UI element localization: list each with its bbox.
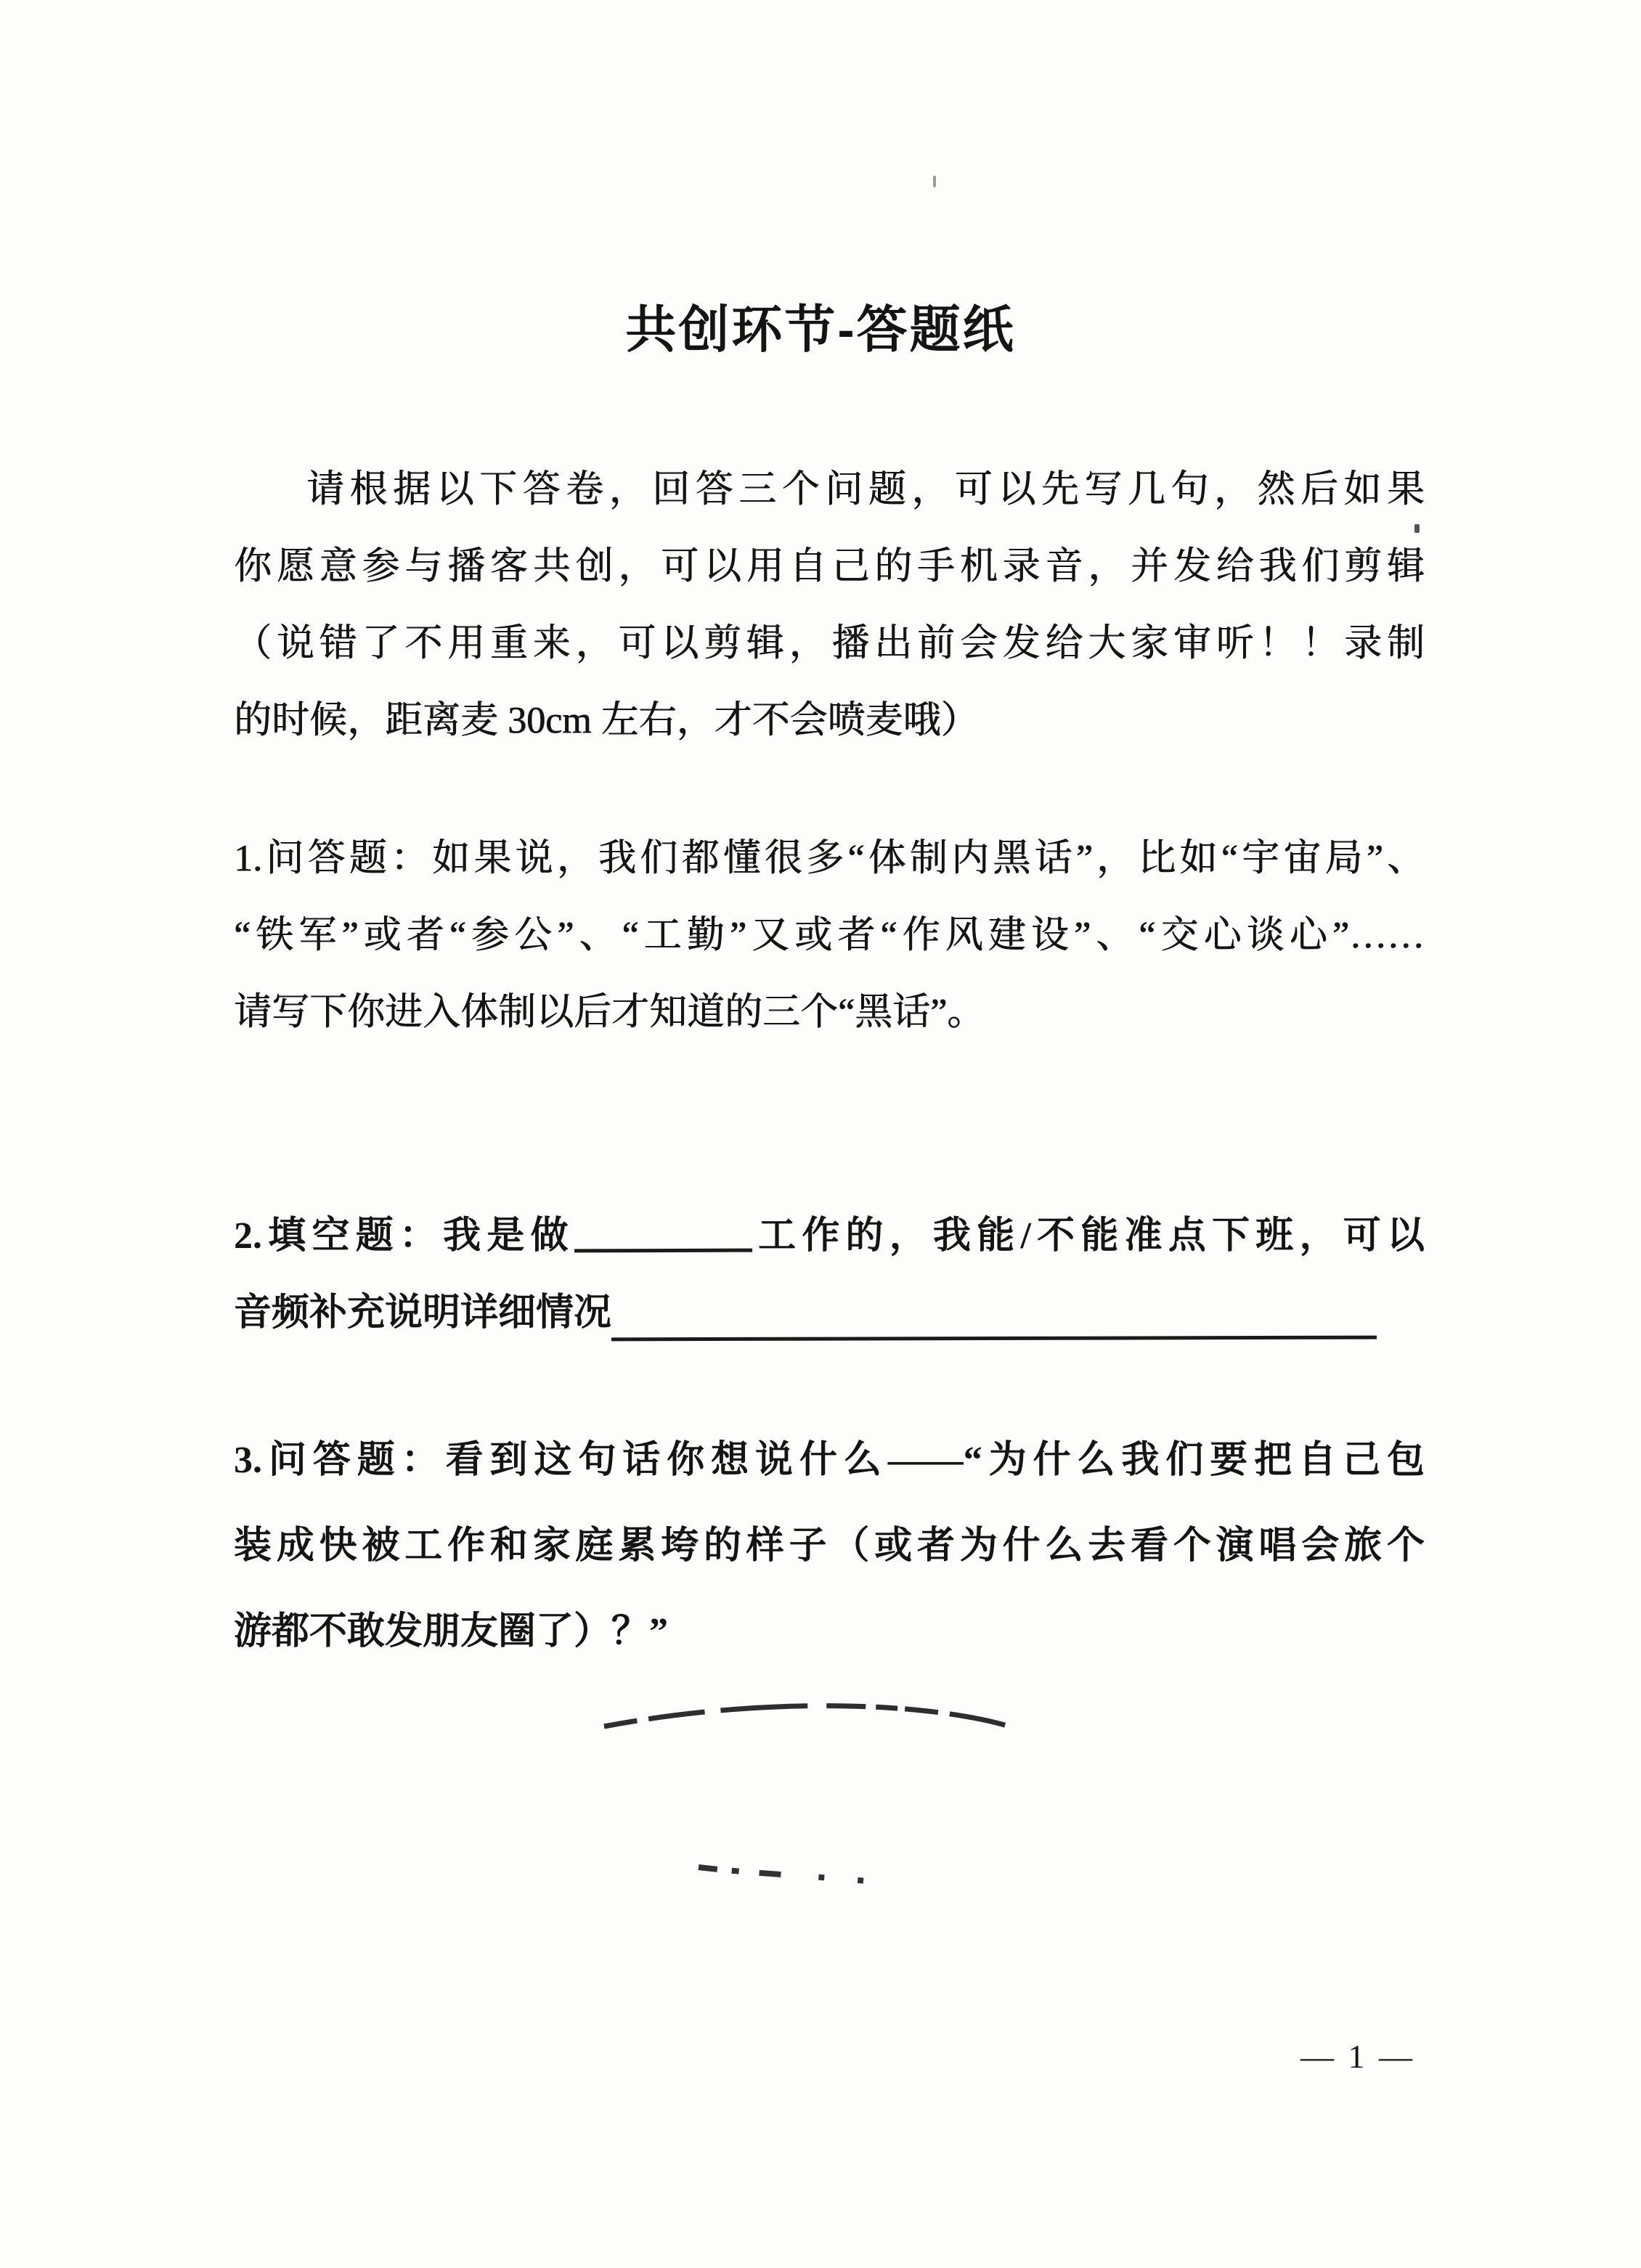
question-3: 3.问答题：看到这句话你想说什么——“为什么我们要把自己包 装成快被工作和家庭累… xyxy=(234,1418,1425,1675)
page-number: — 1 — xyxy=(1263,2037,1452,2076)
intro-line: （说错了不用重来，可以剪辑，播出前会发给大家审听！！录制 xyxy=(234,605,1425,682)
fill-in-blank-long xyxy=(611,1321,1377,1342)
question-2: 2.填空题：我是做工作的，我能/不能准点下班，可以 音频补充说明详细情况 xyxy=(234,1198,1425,1352)
question-3-line: 装成快被工作和家庭累垮的样子（或者为什么去看个演唱会旅个 xyxy=(234,1504,1425,1589)
question-1-line: 1.问答题：如果说，我们都懂很多“体制内黑话”，比如“宇宙局”、 xyxy=(234,820,1425,897)
question-1-line: “铁军”或者“参公”、“工勤”又或者“作风建设”、“交心谈心”…… xyxy=(234,897,1425,974)
fill-in-blank-short xyxy=(574,1224,752,1253)
intro-line: 的时候，距离麦 30cm 左右，才不会喷麦哦） xyxy=(234,682,1425,759)
question-1-line: 请写下你进入体制以后才知道的三个“黑话”。 xyxy=(234,974,1425,1051)
page-title: 共创环节-答题纸 xyxy=(0,293,1641,366)
question-1: 1.问答题：如果说，我们都懂很多“体制内黑话”，比如“宇宙局”、 “铁军”或者“… xyxy=(234,820,1425,1051)
intro-paragraph: 请根据以下答卷，回答三个问题，可以先写几句，然后如果 你愿意参与播客共创，可以用… xyxy=(234,452,1425,759)
question-3-line: 3.问答题：看到这句话你想说什么——“为什么我们要把自己包 xyxy=(234,1418,1425,1504)
scan-artifact-wavy-line xyxy=(604,1706,1009,1726)
question-2-line1-post: 工作的，我能/不能准点下班，可以 xyxy=(752,1215,1425,1257)
question-3-line: 游都不敢发朋友圈了）？” xyxy=(234,1589,1425,1675)
intro-line: 请根据以下答卷，回答三个问题，可以先写几句，然后如果 xyxy=(234,452,1425,529)
question-2-line1: 2.填空题：我是做工作的，我能/不能准点下班，可以 xyxy=(234,1198,1425,1275)
question-2-line1-pre: 2.填空题：我是做 xyxy=(234,1215,574,1257)
scan-speck xyxy=(933,176,936,187)
question-2-line2-pre: 音频补充说明详细情况 xyxy=(234,1275,611,1352)
scan-artifact-dashed-mark xyxy=(699,1867,876,1882)
scan-speck xyxy=(1414,524,1420,533)
scanned-answer-sheet-page: 共创环节-答题纸 请根据以下答卷，回答三个问题，可以先写几句，然后如果 你愿意参… xyxy=(0,0,1641,2268)
intro-line: 你愿意参与播客共创，可以用自己的手机录音，并发给我们剪辑 xyxy=(234,529,1425,605)
question-2-line2: 音频补充说明详细情况 xyxy=(234,1275,1425,1352)
